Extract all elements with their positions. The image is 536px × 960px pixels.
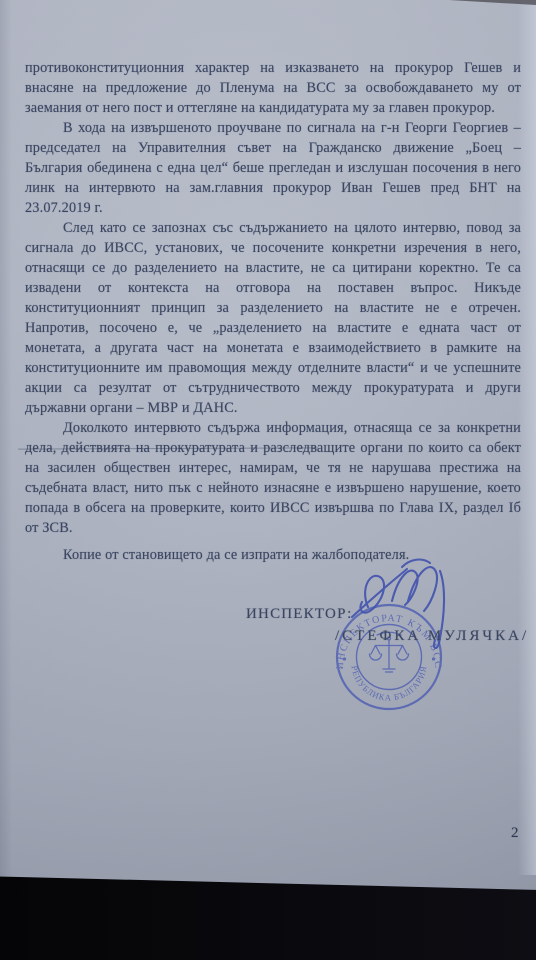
page-number: 2: [511, 825, 519, 842]
paragraph: След като се запознах със съдържанието н…: [25, 218, 521, 418]
text-line: отнасящи се до разделението на властите,…: [25, 258, 521, 278]
paper-left-shadow: [0, 0, 12, 876]
svg-text:РЕПУБЛИКА БЪЛГАРИЯ: РЕПУБЛИКА БЪЛГАРИЯ: [350, 665, 429, 703]
text-line: линк на интервюто на зам.главния прокуро…: [25, 178, 521, 198]
text-line: държавни органи – МВР и ДАНС.: [25, 398, 521, 418]
text-line: конституционните им правомощия между отд…: [25, 358, 521, 378]
text-line: от ЗСВ.: [25, 518, 521, 538]
text-line: внасяне на предложение до Пленума на ВСС…: [25, 78, 521, 98]
text-line: извадени от контекста на отговора на пос…: [25, 278, 521, 298]
text-line: сигнала до ИВСС, установих, че посоченит…: [25, 238, 521, 258]
document-text: противоконституционния характер на изказ…: [25, 58, 521, 565]
text-line: заемания от него пост и оттегляне на кан…: [25, 98, 521, 118]
text-line: Доколкото интервюто съдържа информация, …: [25, 418, 521, 438]
inspector-name: /СТЕФКА МУЛЯЧКА/: [335, 628, 529, 645]
text-line: България обединена с една цел“ беше прег…: [25, 158, 521, 178]
text-line: попада в обсега на проверките, които ИВС…: [25, 498, 521, 518]
text-line: противоконституционния характер на изказ…: [25, 58, 521, 78]
stamp-bottom-text: РЕПУБЛИКА БЪЛГАРИЯ: [350, 665, 429, 703]
paper-corner-gap: [449, 0, 536, 5]
paragraph: противоконституционния характер на изказ…: [25, 58, 521, 118]
text-line: В хода на извършеното проучване по сигна…: [25, 118, 521, 138]
text-line: председател на Управителния съвет на Гра…: [25, 138, 521, 158]
text-line: монетата, а другата част на монетата е в…: [25, 338, 521, 358]
text-line: съдебната власт, нито пък с нейното изна…: [25, 478, 521, 498]
text-line: Напротив, посочено е, че „разделението н…: [25, 318, 521, 338]
text-line: дела, действията на прокуратурата и разс…: [25, 438, 521, 458]
text-line: на засилен обществен интерес, намирам, ч…: [25, 458, 521, 478]
paragraph: В хода на извършеното проучване по сигна…: [25, 118, 521, 218]
text-line: акции са резултат от сътрудничеството ме…: [25, 378, 521, 398]
text-line: След като се запознах със съдържанието н…: [25, 218, 521, 238]
photo-of-document: противоконституционния характер на изказ…: [0, 0, 536, 960]
text-line: конституционният принцип за разделението…: [25, 298, 521, 318]
paragraph: Доколкото интервюто съдържа информация, …: [25, 418, 521, 538]
document-page: противоконституционния характер на изказ…: [0, 0, 536, 960]
text-line: 23.07.2019 г.: [25, 198, 521, 218]
